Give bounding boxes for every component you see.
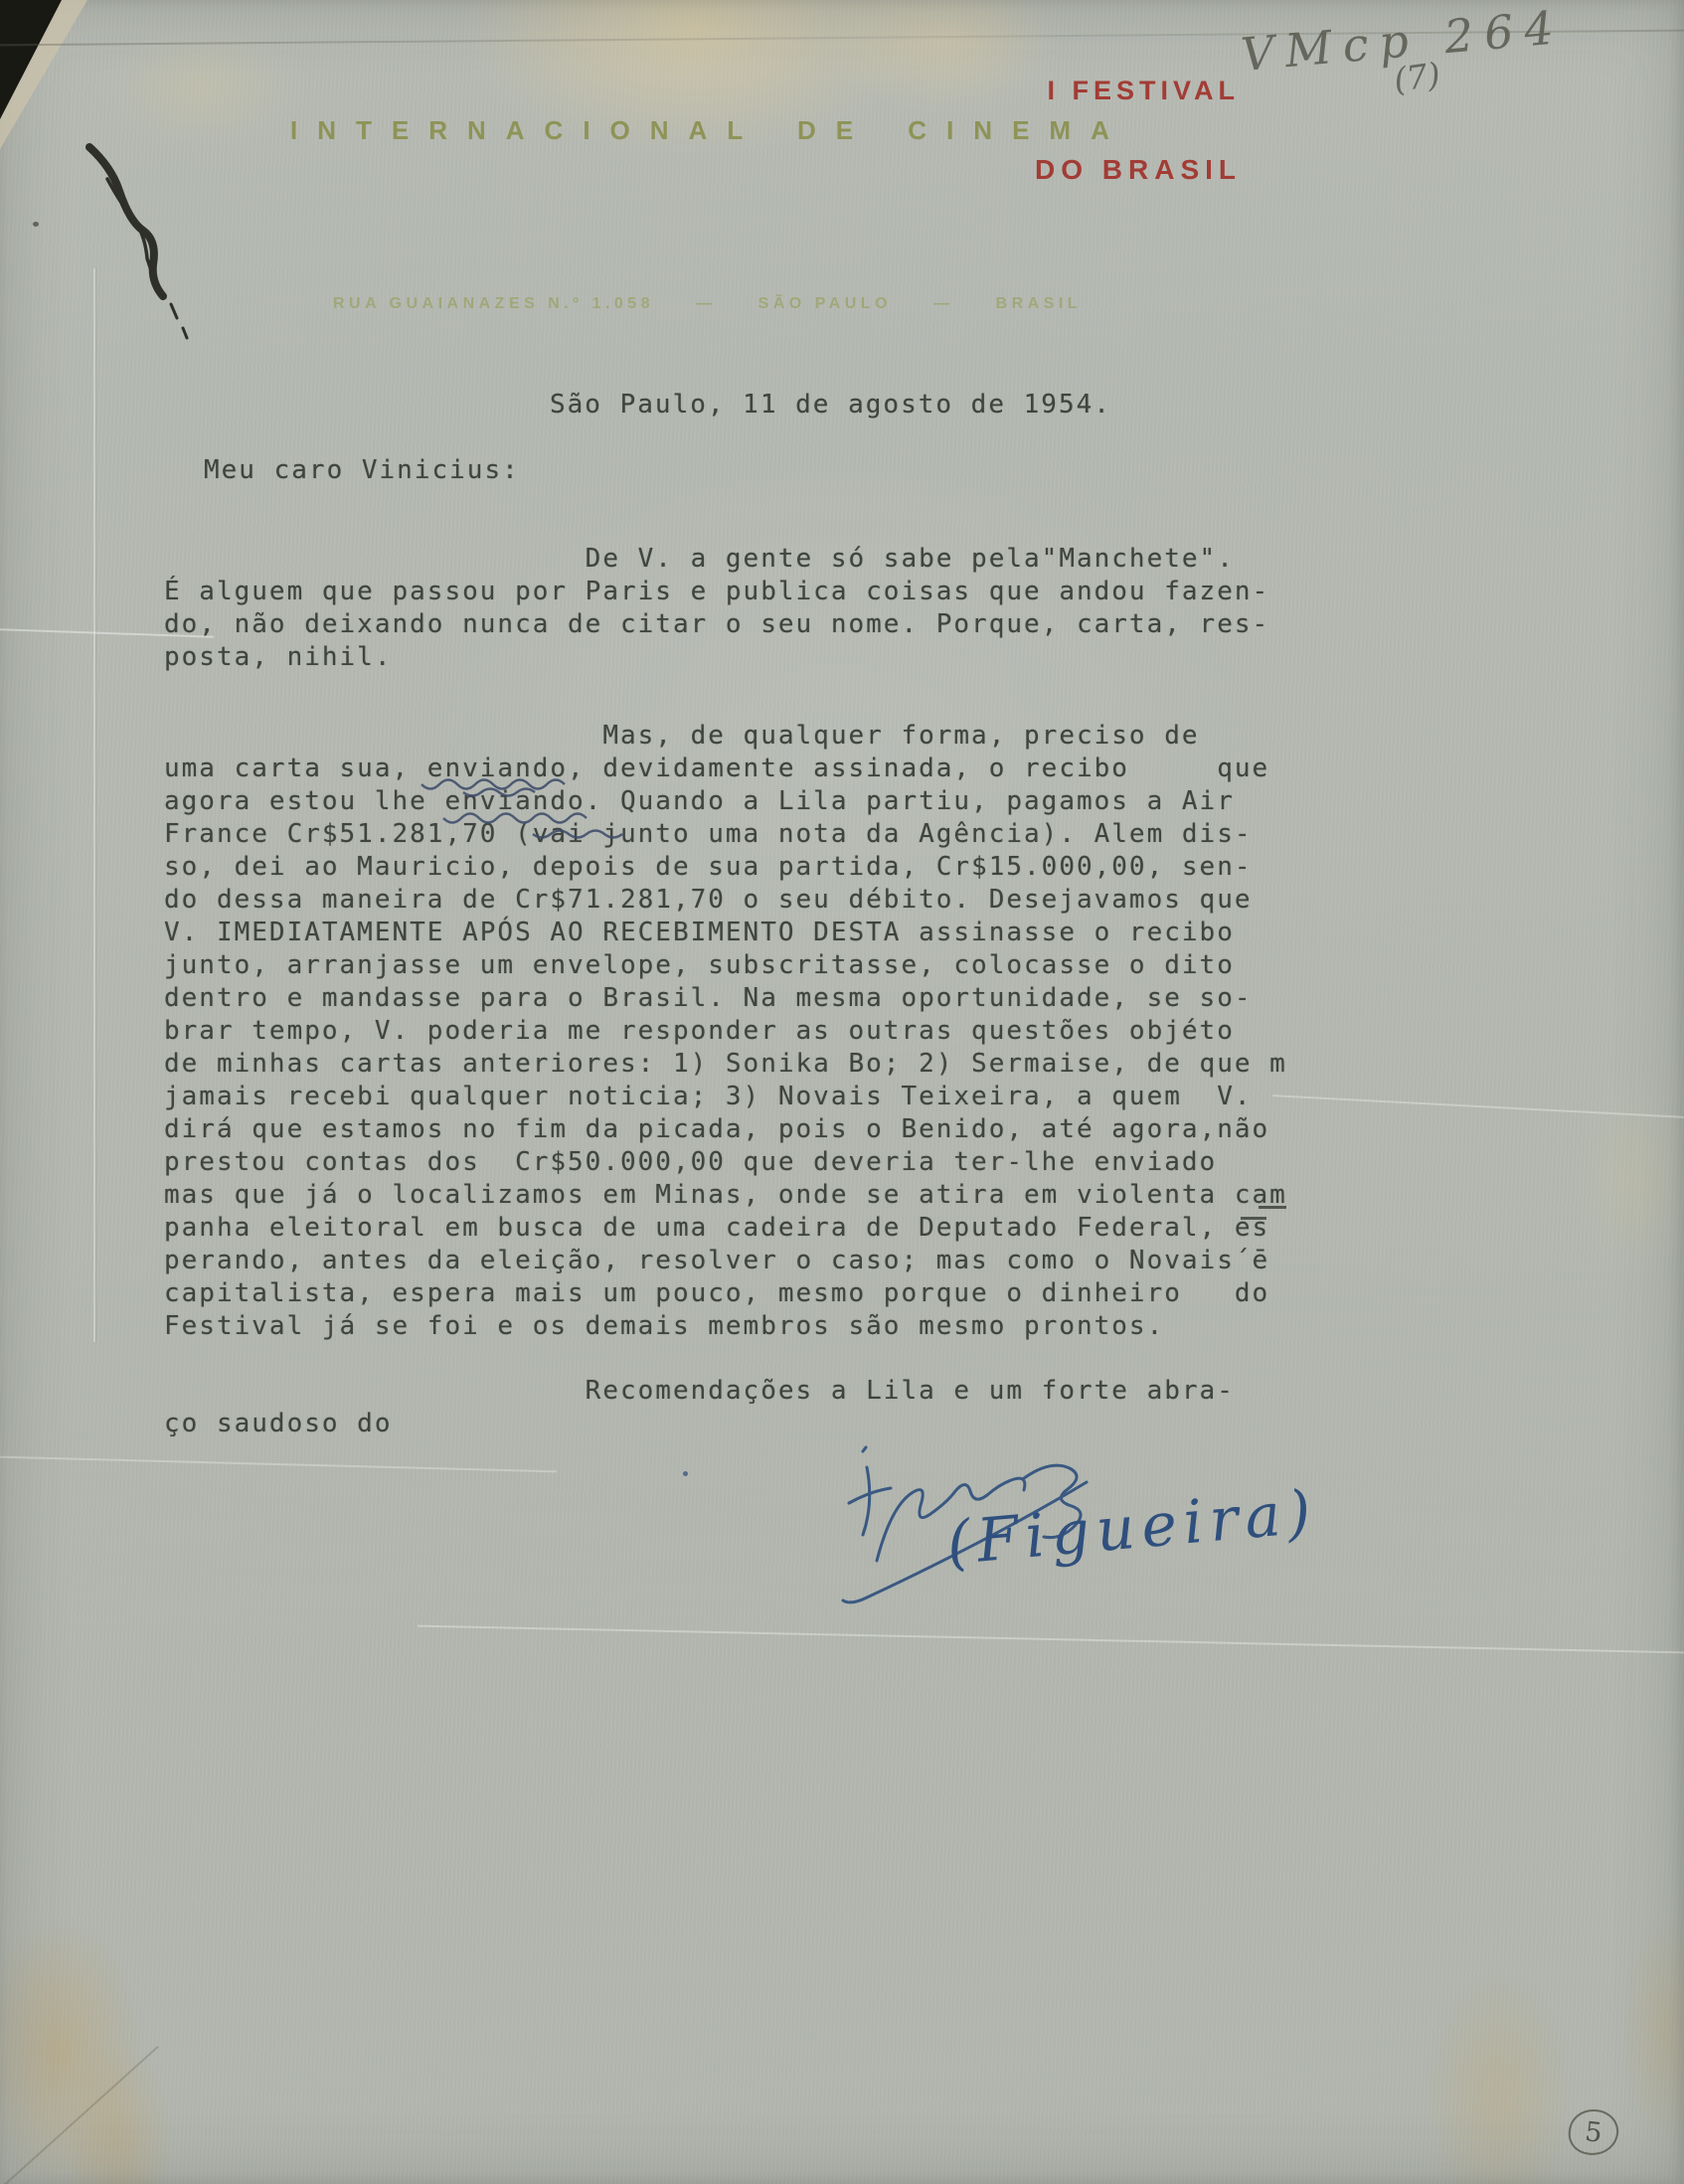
signature-name-note: (Figueira): [944, 1477, 1321, 1579]
letterhead-address-line: RUA GUAIANAZES N.º 1.058 — SÃO PAULO — B…: [333, 295, 1082, 313]
crease-bottom-left: [2, 2046, 158, 2184]
letterhead-title-line1: I FESTIVAL: [0, 76, 1240, 106]
letter-closing: Recomendações a Lila e um forte abra- ço…: [164, 1375, 1235, 1440]
ink-speck: [33, 222, 39, 227]
crease-mid-right: [1272, 1094, 1684, 1118]
letterhead-country: BRASIL: [996, 295, 1083, 313]
pencil-archive-number: (7): [1392, 55, 1443, 99]
letterhead-title-line3: DO BRASIL: [0, 154, 1242, 186]
letterhead-city: SÃO PAULO: [758, 295, 892, 313]
typed-overline-mark: [1241, 1217, 1266, 1220]
letter-paragraph-2: Mas, de qualquer forma, preciso de uma c…: [164, 720, 1287, 1343]
letter-paragraph-1: De V. a gente só sabe pela"Manchete". É …: [164, 543, 1269, 674]
letterhead-dash-1: —: [696, 295, 717, 313]
ink-dot: [683, 1471, 688, 1476]
crease-left-low: [0, 1456, 557, 1473]
page-number-circle: 5: [1567, 2107, 1621, 2158]
crease-signature: [418, 1625, 1684, 1654]
page-number: 5: [1584, 2116, 1603, 2149]
letterhead-street: RUA GUAIANAZES N.º 1.058: [333, 295, 654, 313]
crease-left-vertical: [93, 268, 95, 1342]
scanned-letter-page: I FESTIVAL INTERNACIONAL DE CINEMA DO BR…: [0, 0, 1684, 2184]
letter-salutation: Meu caro Vinicius:: [204, 454, 520, 487]
letterhead-dash-2: —: [933, 295, 954, 313]
typed-underscore-mark: [1259, 1206, 1286, 1209]
letter-date: São Paulo, 11 de agosto de 1954.: [550, 389, 1111, 421]
letterhead-title-line2: INTERNACIONAL DE CINEMA: [290, 115, 1129, 146]
